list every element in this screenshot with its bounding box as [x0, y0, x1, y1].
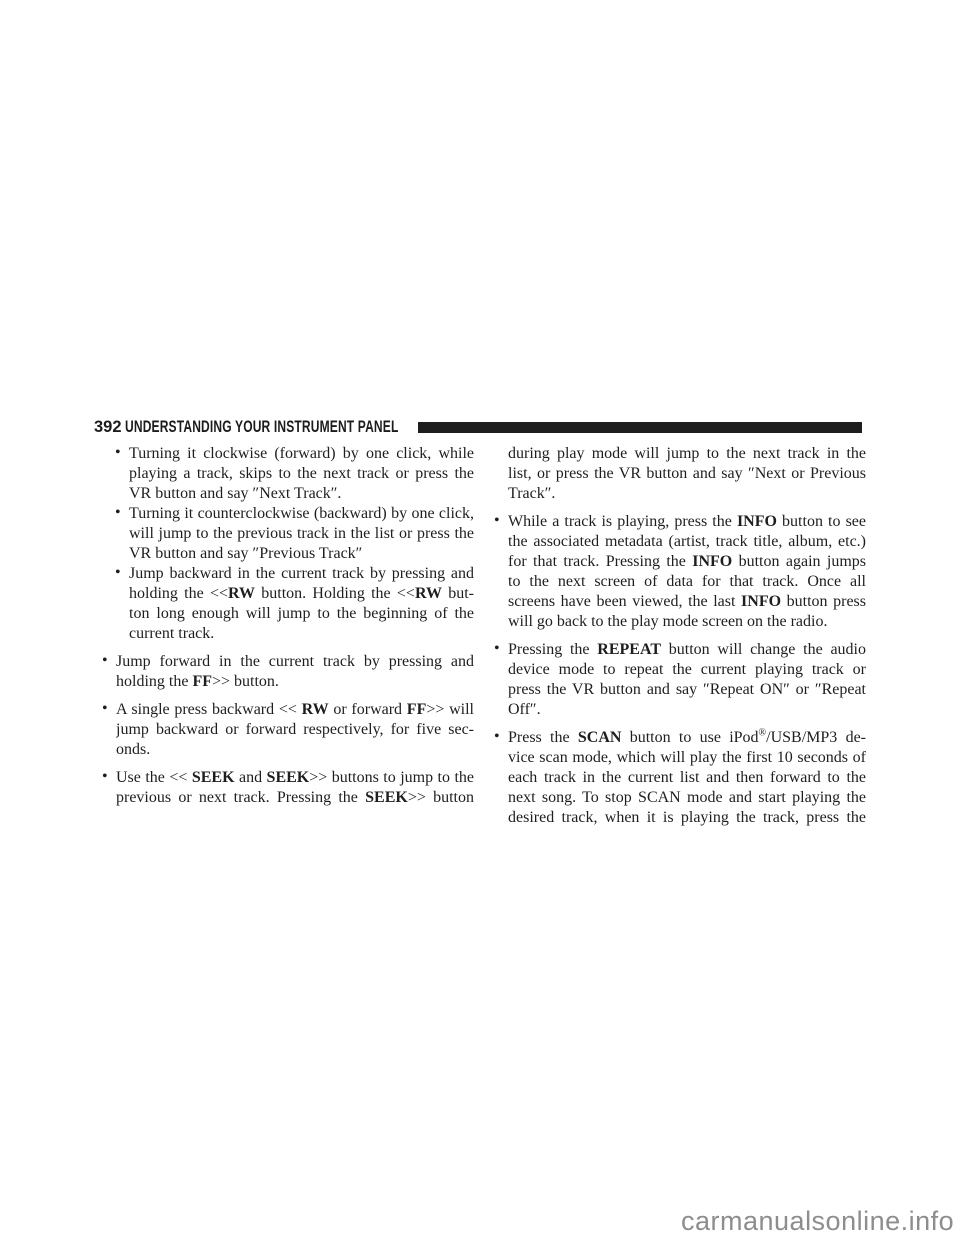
bullet-item: •Pressing the REPEAT button will change … — [486, 640, 866, 720]
text-line: holding the FF>> button. — [116, 672, 474, 692]
text-line: Jump backward in the current track by pr… — [129, 564, 474, 584]
bullet-item: •Press the SCAN button to use iPod®/USB/… — [486, 728, 866, 828]
bullet-item: •While a track is playing, press the INF… — [486, 512, 866, 632]
bullet-marker: • — [102, 767, 108, 787]
bullet-marker: • — [115, 563, 121, 583]
text-line: device mode to repeat the current playin… — [508, 660, 866, 680]
text-line: previous or next track. Pressing the SEE… — [116, 788, 474, 808]
text-line: While a track is playing, press the INFO… — [508, 512, 866, 532]
text-line: for that track. Pressing the INFO button… — [508, 552, 866, 572]
bullet-item: •A single press backward << RW or forwar… — [94, 700, 474, 760]
watermark-text: carmanualsonline.info — [681, 1206, 954, 1237]
bullet-marker: • — [115, 444, 121, 463]
left-column: •Turning it clockwise (forward) by one c… — [94, 444, 474, 828]
text-line: desired track, when it is playing the tr… — [508, 808, 866, 828]
text-line: jump backward or forward respectively, f… — [116, 720, 474, 740]
text-line: current track. — [129, 624, 474, 644]
text-line: Off″. — [508, 700, 866, 720]
text-line: will jump to the previous track in the l… — [129, 524, 474, 544]
text-line: Jump forward in the current track by pre… — [116, 652, 474, 672]
bullet-marker: • — [102, 651, 108, 671]
text-line: each track in the current list and then … — [508, 768, 866, 788]
manual-page: 392 UNDERSTANDING YOUR INSTRUMENT PANEL … — [0, 0, 960, 1242]
text-line: ton long enough will jump to the beginni… — [129, 604, 474, 624]
bullet-marker: • — [115, 503, 121, 523]
running-header: 392 UNDERSTANDING YOUR INSTRUMENT PANEL — [94, 419, 865, 436]
header-rule-bar — [418, 422, 862, 433]
text-line: holding the <<RW button. Holding the <<R… — [129, 584, 474, 604]
bullet-item: •Use the << SEEK and SEEK>> buttons to j… — [94, 768, 474, 808]
text-line: Press the SCAN button to use iPod®/USB/M… — [508, 728, 866, 748]
bullet-marker: • — [494, 727, 500, 747]
bullet-marker: • — [494, 511, 500, 531]
text-line: Turning it counterclockwise (backward) b… — [129, 504, 474, 524]
bullet-marker: • — [494, 639, 500, 659]
text-line: playing a track, skips to the next track… — [129, 464, 474, 484]
text-line: onds. — [116, 740, 474, 760]
section-title: UNDERSTANDING YOUR INSTRUMENT PANEL — [125, 419, 398, 435]
text-line: screens have been viewed, the last INFO … — [508, 592, 866, 612]
text-line: press the VR button and say ″Repeat ON″ … — [508, 680, 866, 700]
bullet-item: •Jump forward in the current track by pr… — [94, 652, 474, 692]
bullet-item: •Turning it counterclockwise (backward) … — [107, 504, 474, 564]
text-line: will go back to the play mode screen on … — [508, 612, 866, 632]
bullet-item: •Jump backward in the current track by p… — [107, 564, 474, 644]
text-line: the associated metadata (artist, track t… — [508, 532, 866, 552]
bullet-marker: • — [102, 699, 108, 719]
text-line: list, or press the VR button and say ″Ne… — [508, 464, 866, 484]
text-line: Track″. — [508, 484, 866, 504]
text-line: A single press backward << RW or forward… — [116, 700, 474, 720]
text-line: vice scan mode, which will play the firs… — [508, 748, 866, 768]
text-line: next song. To stop SCAN mode and start p… — [508, 788, 866, 808]
text-line: during play mode will jump to the next t… — [508, 444, 866, 464]
text-line: Use the << SEEK and SEEK>> buttons to ju… — [116, 768, 474, 788]
text-line: VR button and say ″Previous Track″ — [129, 544, 474, 564]
page-number: 392 — [94, 419, 122, 435]
bullet-item: •Turning it clockwise (forward) by one c… — [107, 444, 474, 504]
text-line: Pressing the REPEAT button will change t… — [508, 640, 866, 660]
continuation-paragraph: during play mode will jump to the next t… — [486, 444, 866, 504]
text-line: VR button and say ″Next Track″. — [129, 484, 474, 504]
text-line: to the next screen of data for that trac… — [508, 572, 866, 592]
body-columns: •Turning it clockwise (forward) by one c… — [94, 444, 866, 828]
right-column: during play mode will jump to the next t… — [486, 444, 866, 828]
text-line: Turning it clockwise (forward) by one cl… — [129, 444, 474, 464]
